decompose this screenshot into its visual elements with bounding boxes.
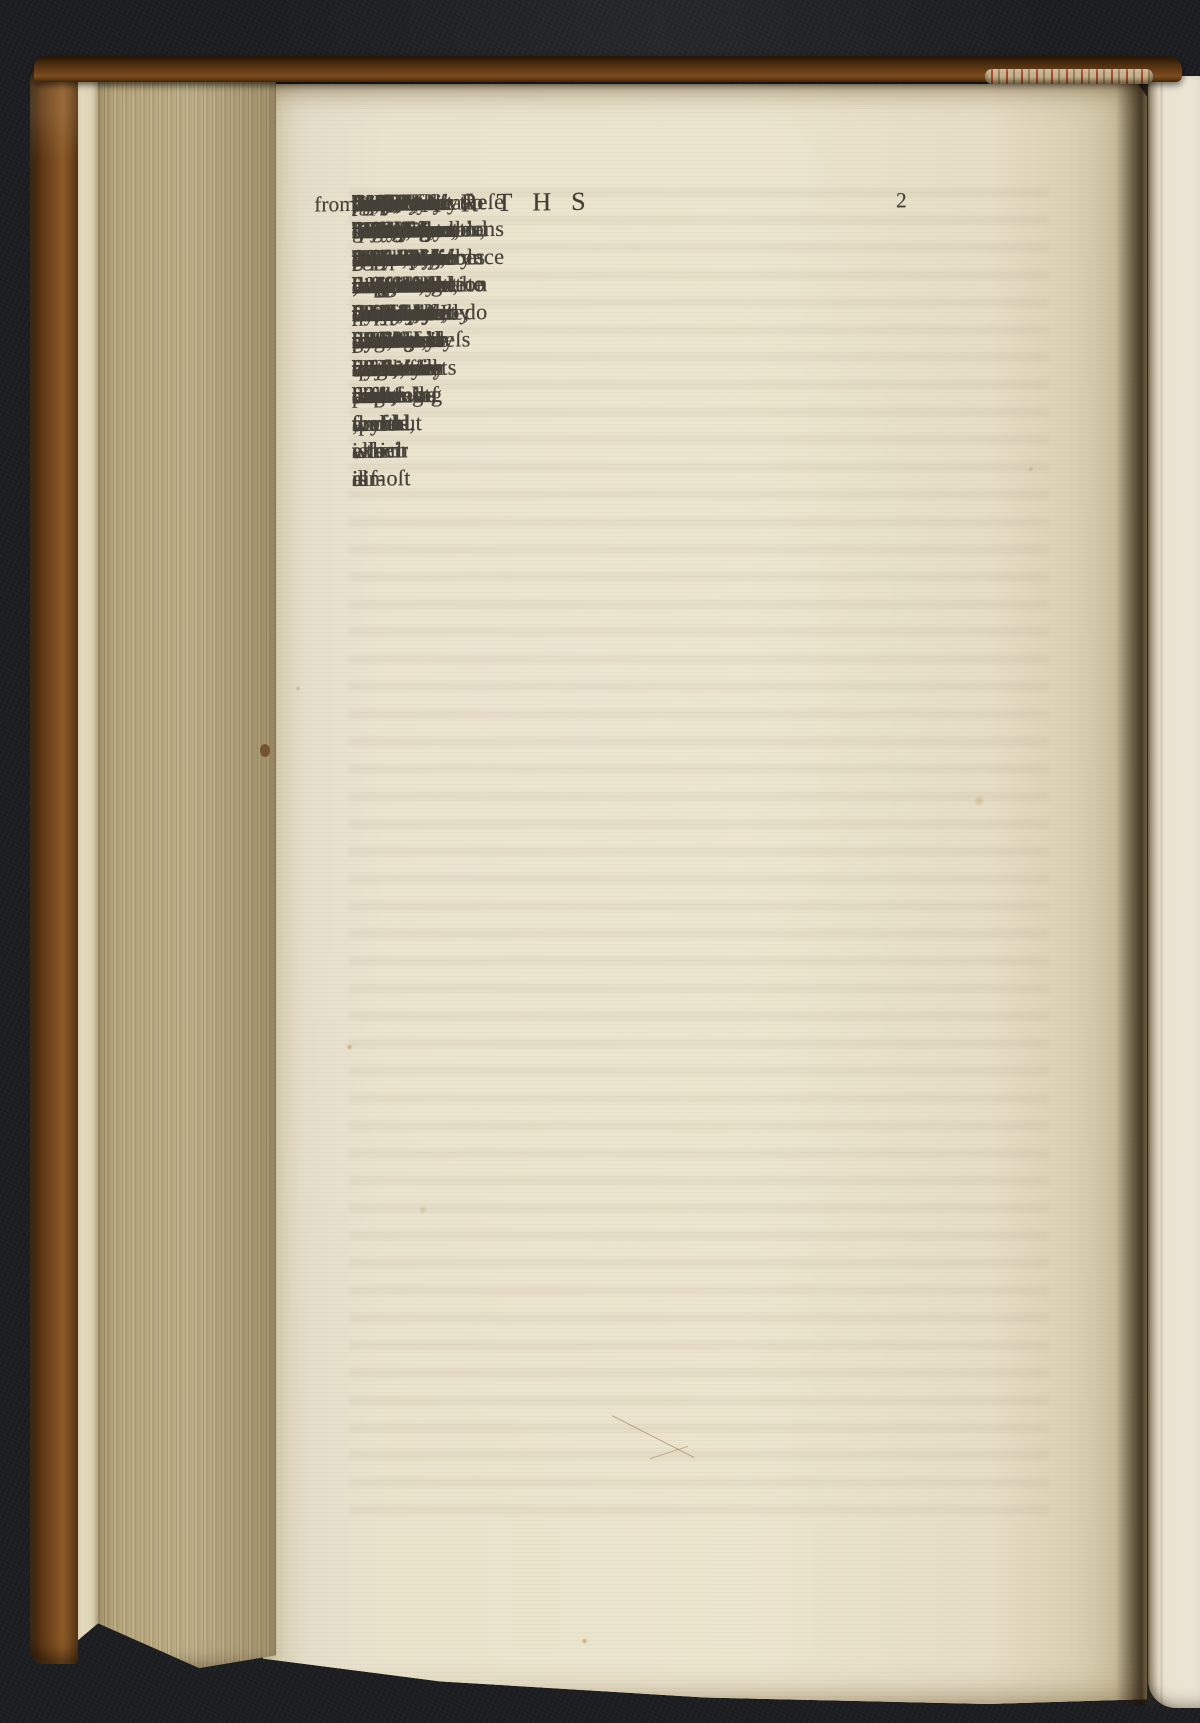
headband <box>985 69 1153 84</box>
foxing-spot <box>581 1638 588 1644</box>
gutter-shadow <box>1116 80 1158 1706</box>
foxing-spot <box>346 1044 353 1050</box>
fore-edge-leaves <box>84 76 276 1668</box>
foxing-spot <box>418 1206 428 1214</box>
stain-spot <box>260 744 270 757</box>
foxing-spot <box>295 686 301 691</box>
catchword: from <box>314 192 356 218</box>
foxing-spot <box>1028 466 1034 472</box>
signature-mark: 2 <box>896 188 907 213</box>
verso-showthrough <box>349 188 1049 1518</box>
leather-board-spine <box>30 64 78 1664</box>
foxing-spot <box>973 796 985 806</box>
photo-background: EARTHS are only in the degrees of theſe … <box>0 0 1200 1723</box>
